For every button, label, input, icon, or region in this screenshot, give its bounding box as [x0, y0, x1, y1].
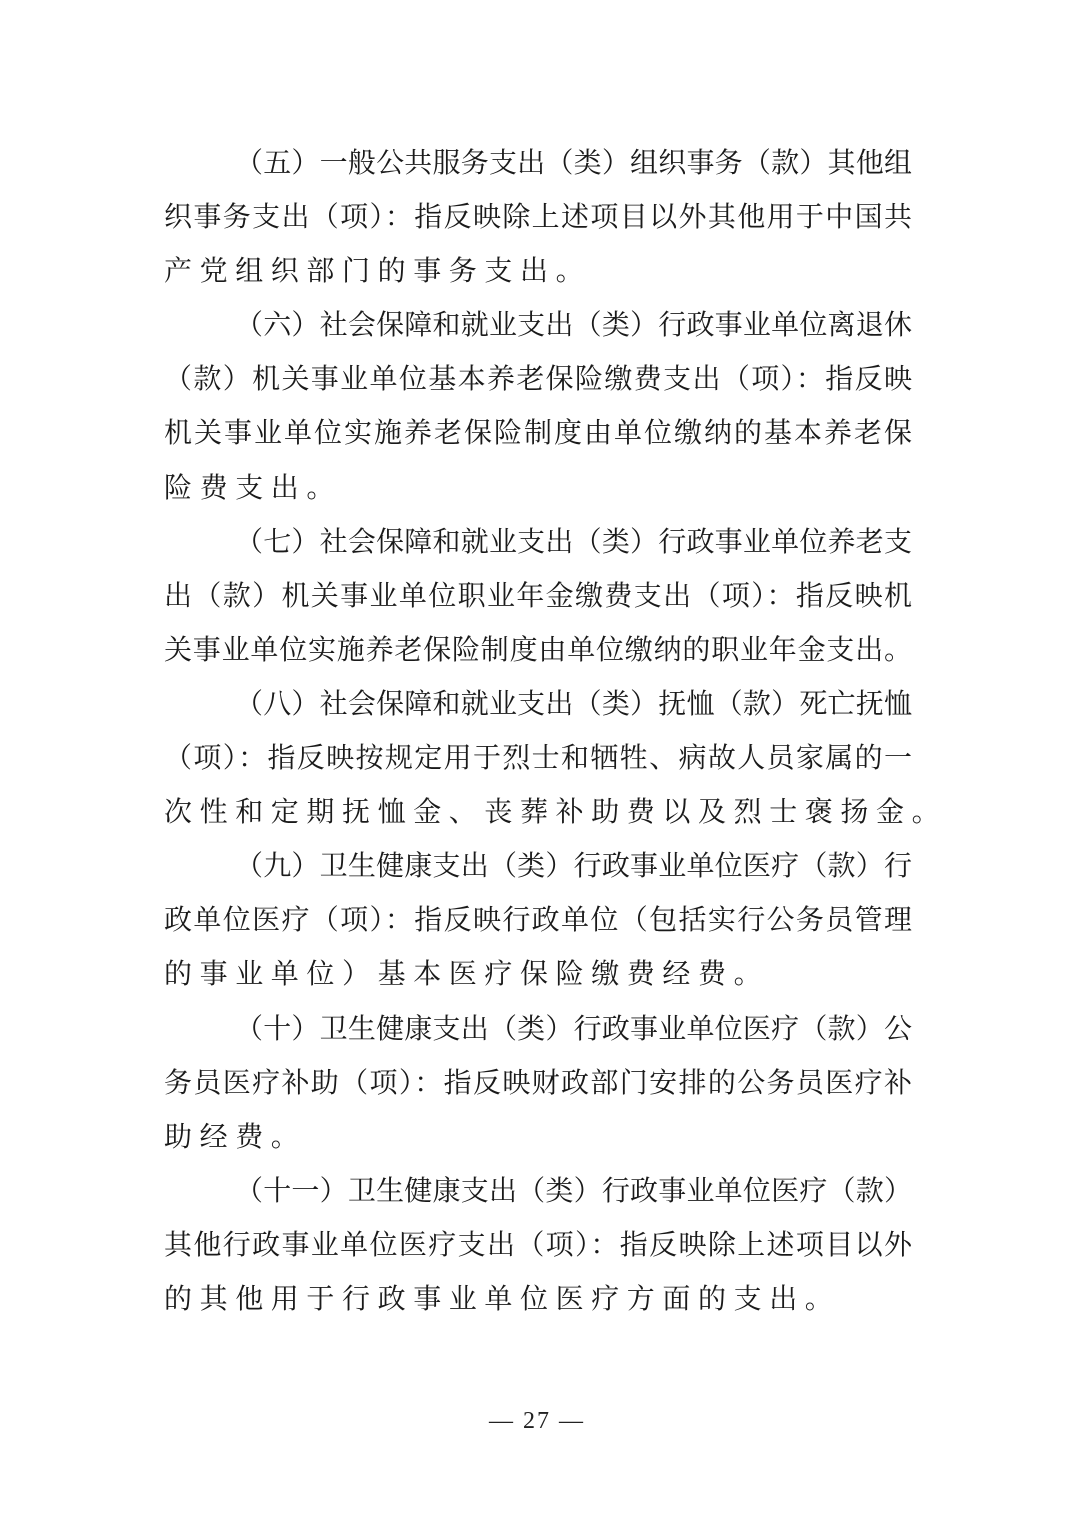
document-body: （五）一般公共服务支出（类）组织事务（款）其他组 织事务支出（项）：指反映除上述…: [164, 136, 912, 1326]
paragraph-line: 政单位医疗（项）：指反映行政单位（包括实行公务员管理: [164, 893, 912, 947]
paragraph-8: （八）社会保障和就业支出（类）抚恤（款）死亡抚恤 （项）：指反映按规定用于烈士和…: [164, 677, 912, 839]
paragraph-line: 的其他用于行政事业单位医疗方面的支出。: [164, 1272, 912, 1326]
paragraph-9: （九）卫生健康支出（类）行政事业单位医疗（款）行 政单位医疗（项）：指反映行政单…: [164, 839, 912, 1001]
paragraph-line: 出（款）机关事业单位职业年金缴费支出（项）：指反映机: [164, 569, 912, 623]
paragraph-line: （款）机关事业单位基本养老保险缴费支出（项）：指反映: [164, 352, 912, 406]
paragraph-line: （十一）卫生健康支出（类）行政事业单位医疗（款）: [164, 1164, 912, 1218]
paragraph-line: （六）社会保障和就业支出（类）行政事业单位离退休: [164, 298, 912, 352]
paragraph-line: 助经费。: [164, 1110, 912, 1164]
page-number: — 27 —: [0, 1408, 1074, 1435]
paragraph-line: 的事业单位）基本医疗保险缴费经费。: [164, 947, 912, 1001]
paragraph-line: （五）一般公共服务支出（类）组织事务（款）其他组: [164, 136, 912, 190]
paragraph-line: 务员医疗补助（项）：指反映财政部门安排的公务员医疗补: [164, 1056, 912, 1110]
paragraph-line: （九）卫生健康支出（类）行政事业单位医疗（款）行: [164, 839, 912, 893]
paragraph-7: （七）社会保障和就业支出（类）行政事业单位养老支 出（款）机关事业单位职业年金缴…: [164, 515, 912, 677]
paragraph-6: （六）社会保障和就业支出（类）行政事业单位离退休 （款）机关事业单位基本养老保险…: [164, 298, 912, 514]
paragraph-5: （五）一般公共服务支出（类）组织事务（款）其他组 织事务支出（项）：指反映除上述…: [164, 136, 912, 298]
paragraph-line: 险费支出。: [164, 461, 912, 515]
paragraph-line: （项）：指反映按规定用于烈士和牺牲、病故人员家属的一: [164, 731, 912, 785]
paragraph-line: 产党组织部门的事务支出。: [164, 244, 912, 298]
paragraph-11: （十一）卫生健康支出（类）行政事业单位医疗（款） 其他行政事业单位医疗支出（项）…: [164, 1164, 912, 1326]
paragraph-line: （十）卫生健康支出（类）行政事业单位医疗（款）公: [164, 1002, 912, 1056]
paragraph-line: 织事务支出（项）：指反映除上述项目以外其他用于中国共: [164, 190, 912, 244]
paragraph-line: 机关事业单位实施养老保险制度由单位缴纳的基本养老保: [164, 406, 912, 460]
paragraph-10: （十）卫生健康支出（类）行政事业单位医疗（款）公 务员医疗补助（项）：指反映财政…: [164, 1002, 912, 1164]
paragraph-line: （七）社会保障和就业支出（类）行政事业单位养老支: [164, 515, 912, 569]
paragraph-line: 其他行政事业单位医疗支出（项）：指反映除上述项目以外: [164, 1218, 912, 1272]
document-page: （五）一般公共服务支出（类）组织事务（款）其他组 织事务支出（项）：指反映除上述…: [0, 0, 1074, 1520]
paragraph-line: 次性和定期抚恤金、丧葬补助费以及烈士褒扬金。: [164, 785, 912, 839]
paragraph-line: 关事业单位实施养老保险制度由单位缴纳的职业年金支出。: [164, 623, 912, 677]
paragraph-line: （八）社会保障和就业支出（类）抚恤（款）死亡抚恤: [164, 677, 912, 731]
